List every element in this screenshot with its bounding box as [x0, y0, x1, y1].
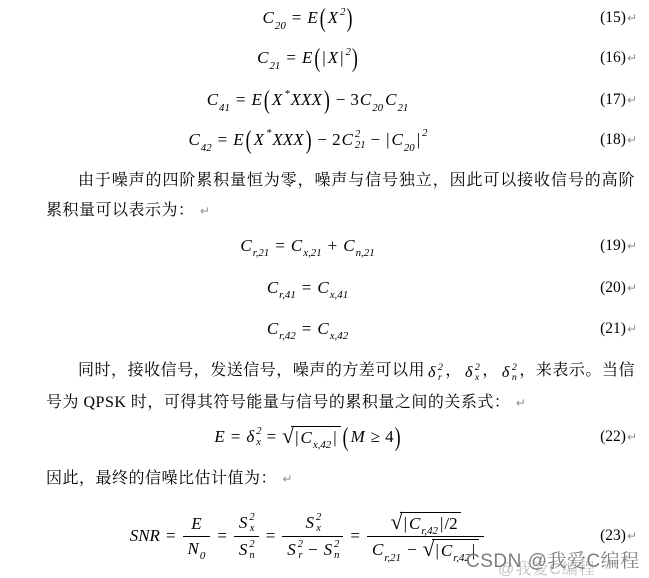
- math-radical: √|Cr,42|: [423, 539, 480, 561]
- math-symbol: C: [291, 236, 302, 256]
- equation-number-text: (21): [600, 320, 626, 337]
- math-operator: −: [308, 540, 318, 560]
- paragraph-text: 因此，最终的信噪比估计值为：: [46, 470, 277, 487]
- math-symbol: X: [328, 8, 338, 28]
- equation-number: (15)↵: [600, 9, 637, 27]
- math-symbol: C: [317, 278, 328, 298]
- math-operator: =: [218, 130, 228, 150]
- equation-formula: Cr,21=Cx,21+Cn,21: [239, 236, 375, 256]
- math-symbol: S: [287, 540, 296, 560]
- math-symbol: E: [191, 514, 201, 534]
- subscript: 41: [219, 101, 230, 113]
- equation-number-text: (19): [600, 237, 626, 254]
- subscript: x: [256, 437, 261, 448]
- math-number: 4: [385, 427, 394, 447]
- subsup-stack: 2x: [316, 512, 321, 534]
- math-symbol: C: [317, 319, 328, 339]
- subscript: 21: [397, 101, 408, 113]
- fraction-numerator: E: [183, 513, 211, 537]
- math-operator: =: [267, 427, 277, 447]
- math-symbol: X: [272, 90, 282, 110]
- paren: (: [343, 422, 349, 452]
- paren: ): [352, 43, 358, 73]
- paren: ): [306, 125, 312, 155]
- paren: ): [347, 3, 353, 33]
- math-number: 2: [332, 130, 341, 150]
- math-symbol: δ: [502, 358, 510, 388]
- radical-body: |Cr,42|/2: [400, 512, 461, 534]
- math-operator: =: [350, 526, 360, 546]
- inline-math: δ2n: [501, 358, 517, 388]
- math-symbol: E: [252, 90, 262, 110]
- equation-number: (16)↵: [600, 49, 637, 67]
- subscript: r,41: [279, 289, 296, 301]
- math-symbol: S: [305, 513, 314, 533]
- paragraph-mark-icon: ↵: [278, 472, 293, 486]
- math-symbol: E: [302, 48, 312, 68]
- math-symbol: XXX: [291, 90, 322, 110]
- math-subsup: δ2r: [427, 358, 443, 388]
- math-operator: =: [302, 319, 312, 339]
- math-subsup: S2x: [238, 512, 255, 534]
- math-symbol: C: [263, 8, 274, 28]
- subsup-stack: 2n: [249, 539, 254, 561]
- equation-number-text: (20): [600, 279, 626, 296]
- equation-number-text: (15): [600, 9, 626, 26]
- inline-math: δ2x: [464, 358, 480, 388]
- math-symbol: E: [233, 130, 243, 150]
- math-symbol: C: [257, 48, 268, 68]
- eq-row-15: C20=E(X2)(15)↵: [0, 0, 649, 36]
- superscript: 2: [422, 127, 427, 139]
- math-symbol: X: [254, 130, 264, 150]
- subscript: r,21: [253, 247, 270, 259]
- equation-formula: E=δ2x=√|Cx,42|(M≥4): [213, 426, 401, 448]
- abs-bar: |: [340, 48, 343, 68]
- fraction-numerator: √|Cr,42|/2: [367, 511, 484, 537]
- math-number: 3: [350, 90, 359, 110]
- math-symbol: S: [324, 540, 333, 560]
- subscript: 20: [404, 142, 415, 154]
- paren: (: [264, 85, 270, 115]
- paragraph-mark-icon: ↵: [627, 430, 637, 444]
- math-symbol: N: [188, 539, 199, 559]
- math-subsup: δ2n: [501, 358, 517, 388]
- math-operator: =: [217, 526, 227, 546]
- radical-body: |Cx,42|: [291, 426, 341, 448]
- paren: ): [324, 85, 330, 115]
- superscript: 2: [340, 5, 345, 17]
- math-symbol: C: [267, 319, 278, 339]
- math-symbol: C: [360, 90, 371, 110]
- math-symbol: S: [239, 513, 248, 533]
- math-symbol: C: [372, 540, 383, 560]
- eq-row-22: E=δ2x=√|Cx,42|(M≥4)(22)↵: [0, 416, 649, 458]
- eq-row-17: C41=E(X*XXX)−3C20C21(17)↵: [0, 80, 649, 120]
- math-symbol: C: [409, 514, 420, 534]
- subscript: 42: [201, 142, 212, 154]
- paragraph-mark-icon: ↵: [627, 322, 637, 336]
- subscript: x: [475, 373, 480, 383]
- eq-row-18: C42=E(X*XXX)−2C221−|C20|2(18)↵: [0, 120, 649, 160]
- math-symbol: C: [188, 130, 199, 150]
- subscript: x: [316, 523, 321, 534]
- subscript: 20: [275, 19, 286, 31]
- subscript: r,21: [384, 552, 401, 564]
- subscript: 20: [372, 101, 383, 113]
- math-symbol: C: [441, 541, 452, 561]
- equation-number: (20)↵: [600, 279, 637, 297]
- abs-bar: |: [404, 514, 407, 534]
- equation-formula: Cr,41=Cx,41: [266, 278, 349, 298]
- para-2: 同时，接收信号，发送信号，噪声的方差可以用δ2r，δ2x，δ2n，来表示。当信号…: [0, 350, 649, 416]
- math-subsup: C221: [341, 129, 366, 151]
- paragraph-mark-icon: ↵: [627, 11, 637, 25]
- subscript: r: [298, 550, 303, 561]
- eq-row-19: Cr,21=Cx,21+Cn,21(19)↵: [0, 224, 649, 268]
- paragraph-mark-icon: ↵: [627, 133, 637, 147]
- equation-formula: C41=E(X*XXX)−3C20C21: [206, 90, 410, 111]
- equation-number: (18)↵: [600, 131, 637, 149]
- abs-bar: |: [417, 130, 420, 150]
- math-subsup: δ2x: [245, 426, 261, 448]
- math-operator: −: [407, 540, 417, 560]
- subscript: x: [249, 523, 254, 534]
- eq-row-16: C21=E(|X|2)(16)↵: [0, 36, 649, 80]
- superscript: 2: [355, 129, 366, 140]
- math-symbol: SNR: [130, 526, 160, 546]
- subsup-stack: 2n: [512, 363, 517, 384]
- equation-number-text: (22): [600, 428, 626, 445]
- paren: (: [246, 125, 252, 155]
- para-1: 由于噪声的四阶累积量恒为零，噪声与信号独立，因此可以接收信号的高阶累积量可以表示…: [0, 160, 649, 224]
- subsup-stack: 2r: [298, 539, 303, 561]
- equation-formula: C42=E(X*XXX)−2C221−|C20|2: [187, 129, 427, 151]
- subsup-stack: 221: [355, 129, 366, 151]
- superscript: 2: [298, 539, 303, 550]
- math-fraction: S2xS2r−S2n: [282, 511, 343, 561]
- math-operator: +: [328, 236, 338, 256]
- math-radical: √|Cr,42|/2: [391, 512, 461, 534]
- paragraph-text: 由于噪声的四阶累积量恒为零，噪声与信号独立，因此可以接收信号的高阶累积量可以表示…: [46, 172, 635, 219]
- math-operator: −: [336, 90, 346, 110]
- radical-body: |Cr,42|: [432, 539, 480, 561]
- fraction-denominator: S2n: [234, 537, 259, 561]
- para-3: 因此，最终的信噪比估计值为： ↵: [0, 458, 649, 498]
- math-symbol: C: [342, 130, 353, 150]
- math-operator: −: [318, 130, 328, 150]
- abs-bar: |: [386, 130, 389, 150]
- document-page: C20=E(X2)(15)↵C21=E(|X|2)(16)↵C41=E(X*XX…: [0, 0, 649, 578]
- math-symbol: C: [343, 236, 354, 256]
- subscript: x,21: [303, 247, 321, 259]
- eq-row-21: Cr,42=Cx,42(21)↵: [0, 308, 649, 350]
- math-symbol: δ: [465, 358, 473, 388]
- subscript: r,42: [279, 330, 296, 342]
- equation-number-text: (18): [600, 131, 626, 148]
- math-symbol: E: [214, 427, 224, 447]
- subscript: n: [512, 373, 517, 383]
- paragraph-mark-icon: ↵: [627, 281, 637, 295]
- math-fraction: √|Cr,42|/2Cr,21−√|Cr,42|: [367, 511, 484, 561]
- math-operator: −: [371, 130, 381, 150]
- math-subsup: δ2x: [464, 358, 480, 388]
- subscript: x,42: [330, 330, 348, 342]
- subscript: n,21: [356, 247, 375, 259]
- math-symbol: C: [240, 236, 251, 256]
- math-symbol: δ: [428, 358, 436, 388]
- subscript: r,42: [421, 525, 438, 537]
- superscript: 2: [316, 512, 321, 523]
- abs-bar: |: [472, 541, 475, 561]
- math-subsup: S2n: [323, 539, 340, 561]
- equation-formula: C21=E(|X|2): [256, 48, 359, 69]
- superscript: 2: [334, 539, 339, 550]
- fraction-numerator: S2x: [282, 511, 343, 537]
- superscript: 2: [249, 512, 254, 523]
- math-operator: =: [236, 90, 246, 110]
- fraction-denominator: N0: [183, 537, 211, 559]
- subscript: 0: [200, 550, 205, 562]
- superscript: 2: [345, 45, 350, 57]
- abs-bar: |: [295, 428, 298, 448]
- math-operator: =: [266, 526, 276, 546]
- paragraph-text: 同时，接收信号，发送信号，噪声的方差可以用: [78, 362, 425, 379]
- inline-math: δ2r: [427, 358, 443, 388]
- abs-bar: |: [440, 514, 443, 534]
- superscript: 2: [249, 539, 254, 550]
- subsup-stack: 2r: [438, 363, 443, 384]
- math-symbol: XXX: [272, 130, 303, 150]
- eq-row-20: Cr,41=Cx,41(20)↵: [0, 268, 649, 308]
- math-fraction: EN0: [183, 513, 211, 559]
- equation-formula: SNR=EN0=S2xS2n=S2xS2r−S2n=√|Cr,42|/2Cr,2…: [129, 511, 487, 561]
- subscript: x,42: [313, 439, 331, 451]
- equation-formula: C20=E(X2): [262, 8, 354, 29]
- paren: (: [320, 3, 326, 33]
- math-subsup: S2r: [286, 539, 303, 561]
- equation-number: (17)↵: [600, 91, 637, 109]
- math-number: 2: [449, 514, 458, 534]
- document-flow: C20=E(X2)(15)↵C21=E(|X|2)(16)↵C41=E(X*XX…: [0, 0, 649, 574]
- math-operator: =: [302, 278, 312, 298]
- abs-bar: |: [333, 428, 336, 448]
- paragraph-mark-icon: ↵: [627, 239, 637, 253]
- subscript: n: [334, 550, 339, 561]
- fraction-denominator: S2r−S2n: [282, 537, 343, 561]
- math-operator: =: [166, 526, 176, 546]
- paragraph-mark-icon: ↵: [627, 529, 637, 543]
- subscript: x,41: [330, 289, 348, 301]
- math-operator: =: [231, 427, 241, 447]
- subsup-stack: 2n: [334, 539, 339, 561]
- math-symbol: S: [239, 540, 248, 560]
- math-symbol: C: [207, 90, 218, 110]
- superscript: 2: [256, 426, 261, 437]
- math-operator: ≥: [371, 427, 380, 447]
- equation-number-text: (23): [600, 527, 626, 544]
- equation-number: (22)↵: [600, 428, 637, 446]
- equation-formula: Cr,42=Cx,42: [266, 319, 349, 339]
- equation-number-text: (16): [600, 49, 626, 66]
- math-symbol: C: [301, 428, 312, 448]
- math-operator: =: [292, 8, 302, 28]
- subsup-stack: 2x: [475, 363, 480, 384]
- math-symbol: E: [307, 8, 317, 28]
- paragraph-text: ，: [445, 362, 462, 379]
- subscript: 21: [355, 140, 366, 151]
- abs-bar: |: [322, 48, 325, 68]
- subscript: n: [249, 550, 254, 561]
- math-fraction: S2xS2n: [234, 511, 259, 561]
- subscript: 21: [269, 59, 280, 71]
- math-subsup: S2x: [304, 512, 321, 534]
- eq-row-23: SNR=EN0=S2xS2n=S2xS2r−S2n=√|Cr,42|/2Cr,2…: [0, 498, 649, 574]
- math-symbol: C: [392, 130, 403, 150]
- subsup-stack: 2x: [256, 426, 261, 448]
- equation-number: (23)↵: [600, 527, 637, 545]
- subsup-stack: 2x: [249, 512, 254, 534]
- paragraph-mark-icon: ↵: [627, 93, 637, 107]
- equation-number-text: (17): [600, 91, 626, 108]
- equation-number: (19)↵: [600, 237, 637, 255]
- math-symbol: δ: [246, 427, 254, 447]
- paragraph-mark-icon: ↵: [627, 51, 637, 65]
- fraction-numerator: S2x: [234, 511, 259, 537]
- math-operator: =: [286, 48, 296, 68]
- equation-number: (21)↵: [600, 320, 637, 338]
- paragraph-mark-icon: ↵: [196, 204, 211, 218]
- math-symbol: M: [351, 427, 365, 447]
- math-radical: √|Cx,42|: [282, 426, 341, 448]
- abs-bar: |: [436, 541, 439, 561]
- fraction-denominator: Cr,21−√|Cr,42|: [367, 537, 484, 561]
- subscript: r: [438, 373, 443, 383]
- math-symbol: C: [267, 278, 278, 298]
- paragraph-text: ，: [482, 362, 499, 379]
- paren: ): [395, 422, 401, 452]
- superscript: *: [284, 87, 289, 99]
- paren: (: [314, 43, 320, 73]
- paragraph-mark-icon: ↵: [511, 396, 526, 410]
- math-symbol: C: [385, 90, 396, 110]
- math-subsup: S2n: [238, 539, 255, 561]
- superscript: *: [266, 127, 271, 139]
- math-symbol: X: [328, 48, 338, 68]
- subscript: r,42: [453, 552, 470, 564]
- math-operator: =: [275, 236, 285, 256]
